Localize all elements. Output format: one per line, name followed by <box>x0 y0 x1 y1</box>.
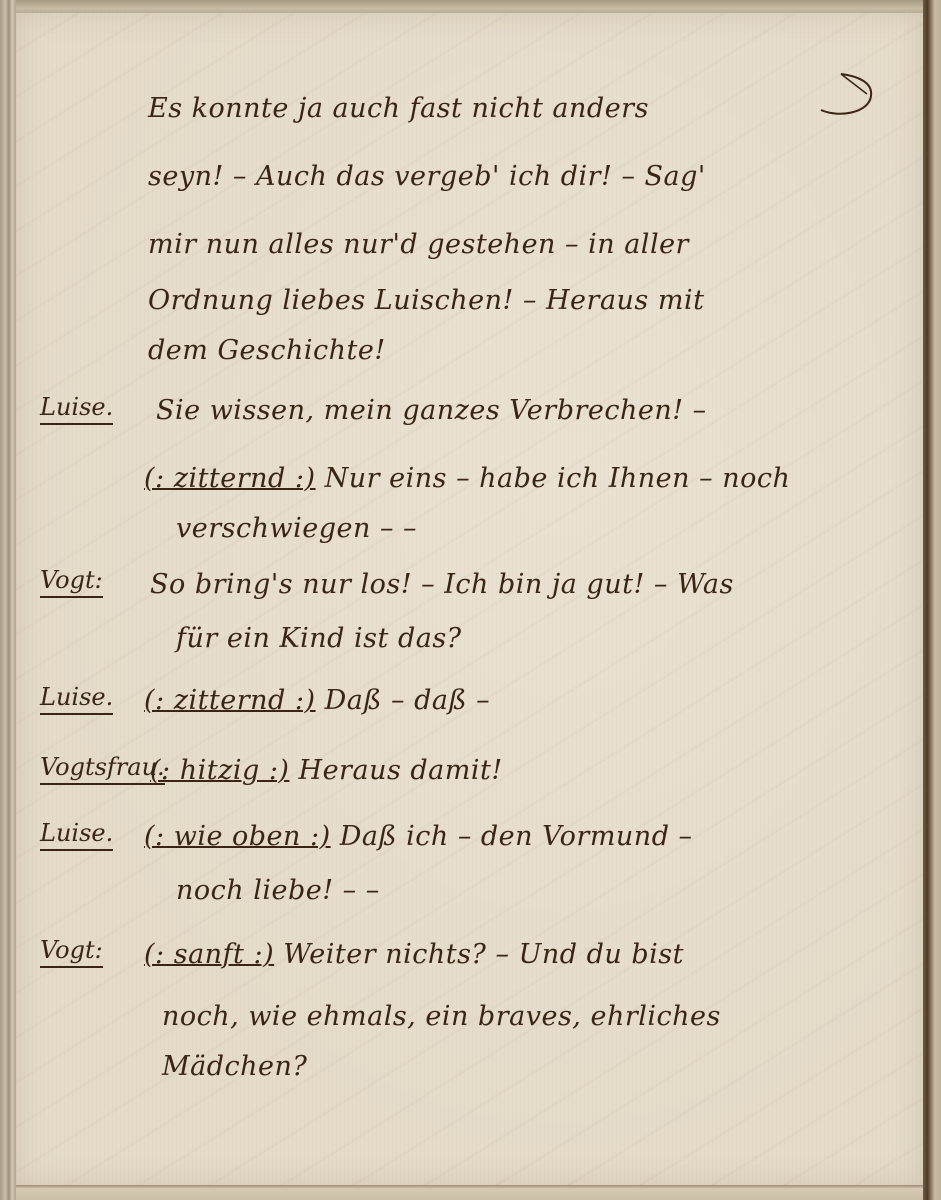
manuscript-page-frame: Es konnte ja auch fast nicht anders seyn… <box>0 0 941 1200</box>
dialogue-line: verschwiegen – – <box>176 513 417 544</box>
stage-direction: (: sanft :) <box>144 939 274 970</box>
text-line: mir nun alles nur'd gestehen – in aller <box>148 229 689 260</box>
dialogue-line: Mädchen? <box>162 1051 307 1082</box>
dialogue-line: (: sanft :) Weiter nichts? – Und du bist <box>144 939 684 970</box>
paper-sheet: Es konnte ja auch fast nicht anders seyn… <box>16 13 923 1185</box>
stage-direction: (: hitzig :) <box>150 755 289 786</box>
left-binding-edge <box>0 0 16 1200</box>
dialogue-text: Daß – daß – <box>316 685 491 716</box>
dialogue-line: noch liebe! – – <box>176 875 380 906</box>
dialogue-text: Daß ich – den Vormund – <box>331 821 693 852</box>
text-line: Ordnung liebes Luischen! – Heraus mit <box>148 285 704 316</box>
stage-direction: (: zitternd :) <box>144 463 316 494</box>
dialogue-line: (: wie oben :) Daß ich – den Vormund – <box>144 821 693 852</box>
dialogue-line: noch, wie ehmals, ein braves, ehrliches <box>162 1001 721 1032</box>
dialogue-line: (: zitternd :) Daß – daß – <box>144 685 490 716</box>
dialogue-text: Nur eins – habe ich Ihnen – noch <box>316 463 791 494</box>
dialogue-text: Heraus damit! <box>289 755 502 786</box>
speaker-label: Luise. <box>40 683 113 715</box>
dialogue-line: für ein Kind ist das? <box>176 623 462 654</box>
top-page-edge <box>0 0 941 14</box>
speaker-label: Luise. <box>40 393 113 425</box>
bottom-page-edge <box>16 1185 923 1200</box>
dialogue-line: Sie wissen, mein ganzes Verbrechen! – <box>156 395 707 426</box>
dialogue-line: (: zitternd :) Nur eins – habe ich Ihnen… <box>144 463 790 494</box>
text-line: dem Geschichte! <box>148 335 386 366</box>
dialogue-line: (: hitzig :) Heraus damit! <box>150 755 503 786</box>
text-line: seyn! – Auch das vergeb' ich dir! – Sag' <box>148 161 706 192</box>
dialogue-line: So bring's nur los! – Ich bin ja gut! – … <box>150 569 734 600</box>
speaker-label: Vogt: <box>40 566 103 598</box>
manuscript-text: Es konnte ja auch fast nicht anders seyn… <box>16 13 923 1185</box>
stage-direction: (: wie oben :) <box>144 821 331 852</box>
text-line: Es konnte ja auch fast nicht anders <box>148 93 649 124</box>
speaker-label: Vogt: <box>40 936 103 968</box>
right-binding-edge <box>923 0 941 1200</box>
speaker-label: Vogtsfrau. <box>40 753 165 785</box>
dialogue-text: Weiter nichts? – Und du bist <box>274 939 684 970</box>
speaker-label: Luise. <box>40 819 113 851</box>
stage-direction: (: zitternd :) <box>144 685 316 716</box>
